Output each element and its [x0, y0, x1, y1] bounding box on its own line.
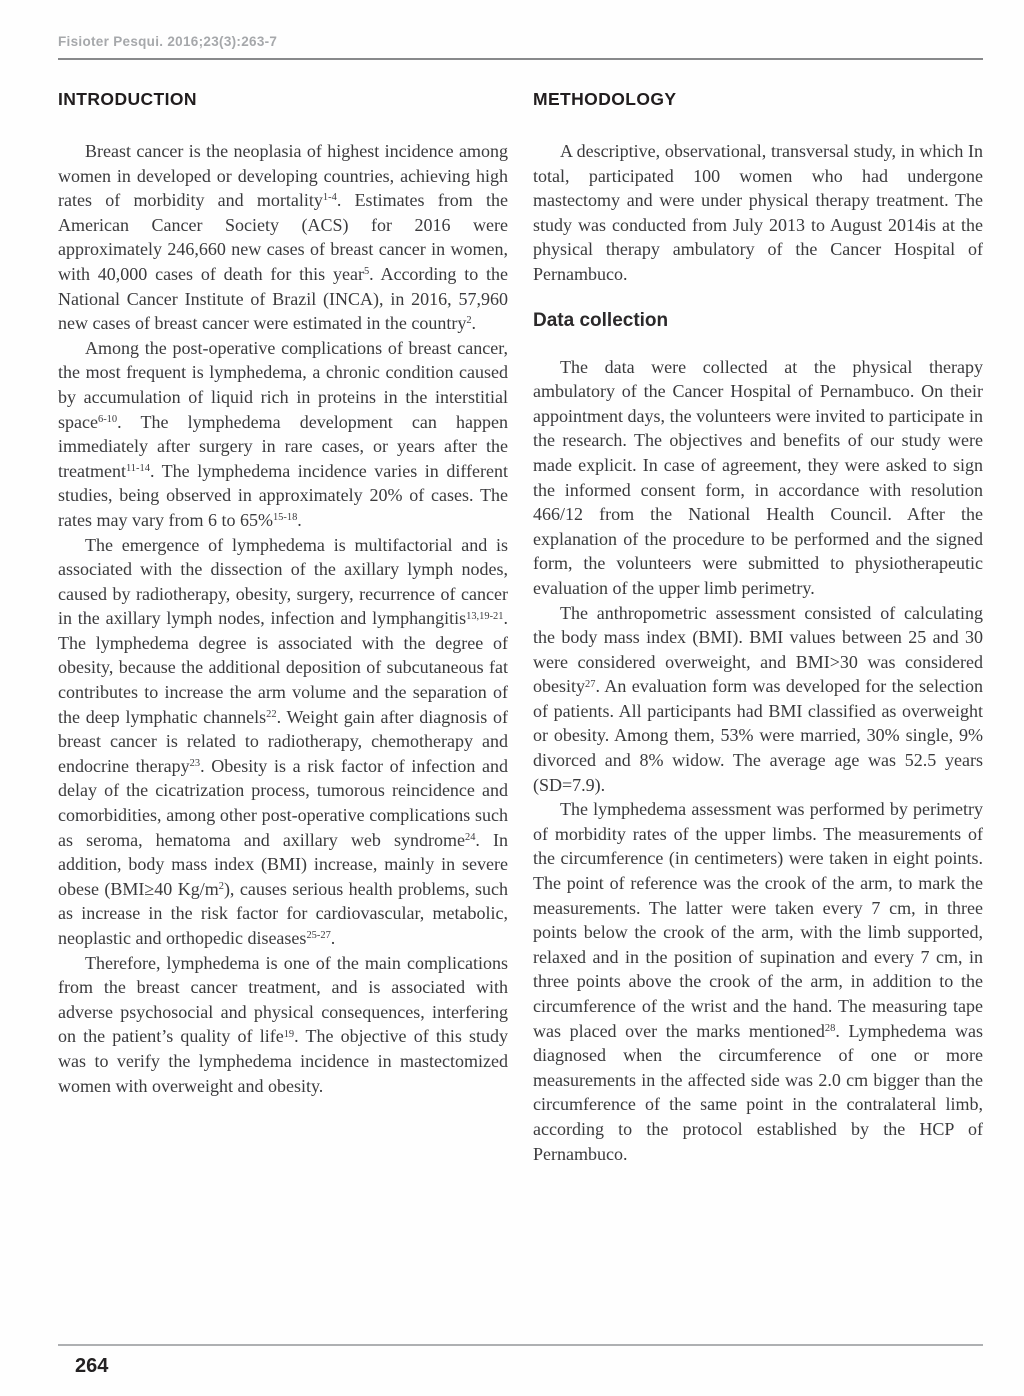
reference-superscript: 28: [825, 1023, 835, 1034]
footer-divider: [58, 1344, 983, 1346]
reference-superscript: 27: [585, 679, 595, 690]
introduction-heading: INTRODUCTION: [58, 89, 508, 110]
reference-superscript: 5: [364, 266, 369, 277]
methodology-paragraphs: A descriptive, observational, transversa…: [533, 139, 983, 287]
two-column-body: INTRODUCTION Breast cancer is the neopla…: [58, 89, 983, 1166]
paragraph: A descriptive, observational, transversa…: [533, 139, 983, 287]
paragraph: The emergence of lymphedema is multifact…: [58, 533, 508, 951]
methodology-section: METHODOLOGY A descriptive, observational…: [533, 89, 983, 1166]
reference-superscript: 1-4: [323, 192, 337, 203]
paragraph: Breast cancer is the neoplasia of highes…: [58, 139, 508, 336]
paragraph: Among the post-operative complications o…: [58, 336, 508, 533]
reference-superscript: 25-27: [306, 930, 330, 941]
reference-superscript: 13,19-21: [466, 611, 503, 622]
reference-superscript: 24: [465, 832, 475, 843]
reference-superscript: 15-18: [273, 512, 297, 523]
journal-reference: Fisioter Pesqui. 2016;23(3):263-7: [58, 34, 983, 49]
paragraph: The anthropometric assessment consisted …: [533, 601, 983, 798]
header-divider: [58, 58, 983, 60]
reference-superscript: 23: [190, 758, 200, 769]
data-collection-heading: Data collection: [533, 310, 983, 332]
reference-superscript: 22: [266, 709, 276, 720]
page-header: Fisioter Pesqui. 2016;23(3):263-7: [58, 34, 983, 60]
reference-superscript: 2: [466, 315, 471, 326]
methodology-heading: METHODOLOGY: [533, 89, 983, 110]
reference-superscript: 6-10: [98, 414, 117, 425]
reference-superscript: 2: [219, 881, 224, 892]
paragraph: The data were collected at the physical …: [533, 355, 983, 601]
reference-superscript: 19: [284, 1029, 294, 1040]
paragraph: The lymphedema assessment was performed …: [533, 797, 983, 1166]
introduction-paragraphs: Breast cancer is the neoplasia of highes…: [58, 139, 508, 1098]
data-collection-paragraphs: The data were collected at the physical …: [533, 355, 983, 1167]
introduction-section: INTRODUCTION Breast cancer is the neopla…: [58, 89, 508, 1166]
page-footer: 264: [58, 1344, 983, 1396]
page-number: 264: [75, 1355, 983, 1378]
reference-superscript: 11-14: [126, 463, 150, 474]
paragraph: Therefore, lymphedema is one of the main…: [58, 951, 508, 1099]
journal-page: Fisioter Pesqui. 2016;23(3):263-7 INTROD…: [0, 0, 1024, 1396]
